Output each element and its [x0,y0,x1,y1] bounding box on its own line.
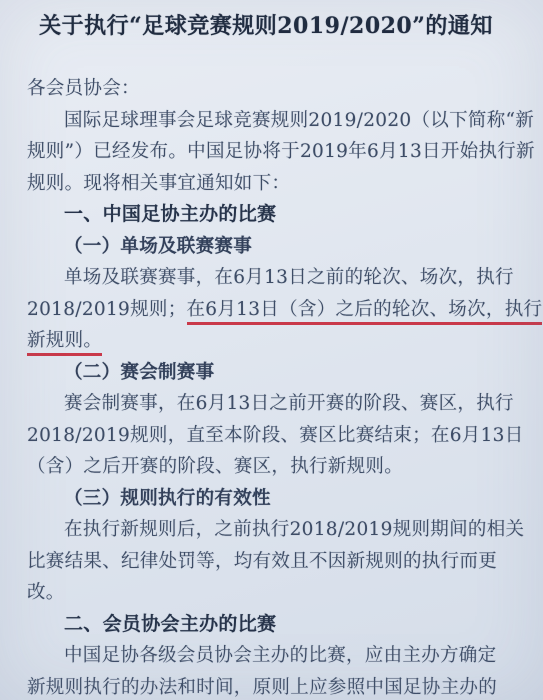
section-2-heading: 二、会员协会主办的比赛 [27,609,505,641]
section-2-line-2: 新规则执行的办法和时间，原则上应参照中国足协主办的 [27,672,505,700]
section-1-heading: 一、中国足协主办的比赛 [27,199,505,231]
red-underline-segment-2: 新规则。 [27,330,102,356]
intro-line-2: 规则”）已经发布。中国足协将于2019年6月13日开始执行新 [27,136,505,168]
red-underline-segment-1: 在6月13日（含）之后的轮次、场次，执行 [187,299,543,325]
section-1-2-line-2: 2018/2019规则，直至本阶段、赛区比赛结束；在6月13日 [27,420,505,452]
section-1-1-line-3: 新规则。 [27,325,505,357]
section-1-3-line-3: 改。 [27,577,505,609]
section-1-2-heading: （二）赛会制赛事 [27,357,505,389]
intro-line-1: 国际足球理事会足球竞赛规则2019/2020（以下简称“新 [27,105,505,137]
section-1-3-heading: （三）规则执行的有效性 [27,483,505,515]
section-1-1-line-1: 单场及联赛赛事，在6月13日之前的轮次、场次，执行 [27,262,505,294]
section-1-3-line-1: 在执行新规则后，之前执行2018/2019规则期间的相关 [27,514,505,546]
intro-line-3: 规则。现将相关事宜通知如下： [27,168,505,200]
salutation-line: 各会员协会： [27,73,505,105]
section-2-line-1: 中国足协各级会员协会主办的比赛，应由主办方确定 [27,640,505,672]
section-1-2-line-1: 赛会制赛事，在6月13日之前开赛的阶段、赛区，执行 [27,388,505,420]
section-1-2-line-3: （含）之后开赛的阶段、赛区，执行新规则。 [27,451,505,483]
section-1-1-line-2: 2018/2019规则；在6月13日（含）之后的轮次、场次，执行 [27,294,505,326]
section-1-3-line-2: 比赛结果、纪律处罚等，均有效且不因新规则的执行而更 [27,546,505,578]
plain-text-segment: 2018/2019规则； [27,299,187,320]
section-1-1-heading: （一）单场及联赛赛事 [27,231,505,263]
notice-document: 关于执行“足球竞赛规则2019/2020”的通知 各会员协会： 国际足球理事会足… [0,0,543,700]
document-title: 关于执行“足球竞赛规则2019/2020”的通知 [27,12,505,41]
